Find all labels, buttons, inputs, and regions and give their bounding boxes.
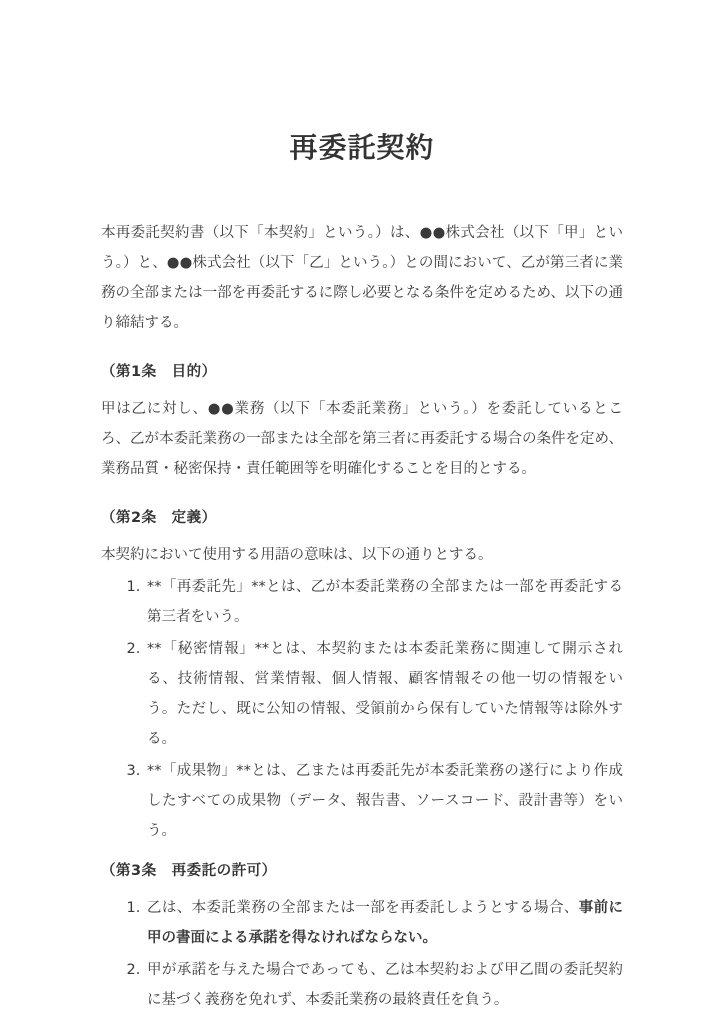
permission-clauses-list: 乙は、本委託業務の全部または一部を再委託しようとする場合、事前に甲の書面による承…	[101, 893, 623, 1015]
article-2-body: 本契約において使用する用語の意味は、以下の通りとする。	[101, 540, 623, 570]
article-3-heading: （第3条 再委託の許可）	[101, 860, 623, 882]
permission-clause-1: 乙は、本委託業務の全部または一部を再委託しようとする場合、事前に甲の書面による承…	[145, 893, 623, 953]
definition-item-3-text: **「成果物」**とは、乙または再委託先が本委託業務の遂行により作成したすべての…	[147, 763, 623, 839]
definition-item-3: **「成果物」**とは、乙または再委託先が本委託業務の遂行により作成したすべての…	[145, 756, 623, 846]
document-title: 再委託契約	[101, 131, 623, 165]
definition-item-1: **「再委託先」**とは、乙が本委託業務の全部または一部を再委託する第三者をいう…	[145, 572, 623, 632]
article-1-body: 甲は乙に対し、●●業務（以下「本委託業務」という。）を委託しているところ、乙が本…	[101, 394, 623, 484]
article-3-section: （第3条 再委託の許可） 乙は、本委託業務の全部または一部を再委託しようとする場…	[101, 860, 623, 1015]
permission-clause-2-text: 甲が承諾を与えた場合であっても、乙は本契約および甲乙間の委託契約に基づく義務を免…	[147, 962, 623, 1008]
permission-clause-2: 甲が承諾を与えた場合であっても、乙は本契約および甲乙間の委託契約に基づく義務を免…	[145, 955, 623, 1015]
article-2-heading: （第2条 定義）	[101, 507, 623, 529]
definition-item-2-text: **「秘密情報」**とは、本契約または本委託業務に関連して開示される、技術情報、…	[147, 641, 623, 747]
intro-paragraph: 本再委託契約書（以下「本契約」という。）は、●●株式会社（以下「甲」という。）と…	[101, 218, 623, 338]
contract-page: 再委託契約 本再委託契約書（以下「本契約」という。）は、●●株式会社（以下「甲」…	[0, 0, 724, 1024]
article-2-section: （第2条 定義） 本契約において使用する用語の意味は、以下の通りとする。 **「…	[101, 507, 623, 846]
permission-clause-1-text: 乙は、本委託業務の全部または一部を再委託しようとする場合、	[147, 900, 579, 916]
definition-item-1-text: **「再委託先」**とは、乙が本委託業務の全部または一部を再委託する第三者をいう…	[147, 579, 623, 625]
article-1-heading: （第1条 目的）	[101, 361, 623, 383]
article-1-section: （第1条 目的） 甲は乙に対し、●●業務（以下「本委託業務」という。）を委託して…	[101, 361, 623, 484]
definition-item-2: **「秘密情報」**とは、本契約または本委託業務に関連して開示される、技術情報、…	[145, 634, 623, 754]
definitions-list: **「再委託先」**とは、乙が本委託業務の全部または一部を再委託する第三者をいう…	[101, 572, 623, 846]
